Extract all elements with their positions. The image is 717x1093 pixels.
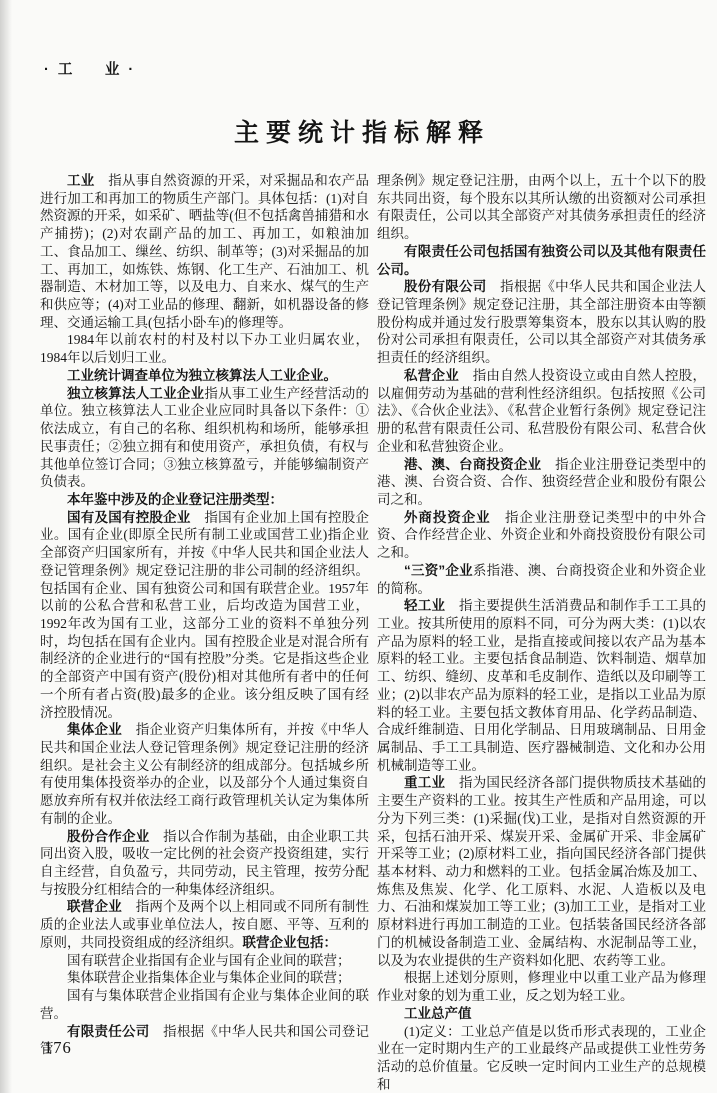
scan-edge-shadow xyxy=(0,0,12,1093)
column-left: 工业 指从事自然资源的开采，对采掘品和农产品进行加工和再加工的物质生产部门。具体… xyxy=(40,172,369,1093)
column-right: 理条例》规定登记注册，由两个以上，五十个以下的股东共同出资，每个股东以其所认缴的… xyxy=(377,172,706,1093)
term-label: 联营企业 xyxy=(67,899,122,914)
definition-paragraph: “三资”企业系指港、澳、台商投资企业和外资企业的简称。 xyxy=(377,562,706,597)
term-label: 有限责任公司 xyxy=(67,1024,149,1039)
paragraph: 理条例》规定登记注册，由两个以上，五十个以下的股东共同出资，每个股东以其所认缴的… xyxy=(377,172,706,243)
paragraph: 集体联营企业指集体企业与集体企业间的联营； xyxy=(40,969,369,987)
definition-paragraph: 股份有限公司 指根据《中华人民共和国企业法人登记管理条例》规定登记注册，其全部注… xyxy=(377,278,706,367)
term-label: 私营企业 xyxy=(404,368,459,383)
definition-paragraph: 有限责任公司 指根据《中华人民共和国公司登记管 xyxy=(40,1023,369,1058)
definition-paragraph: 工业 指从事自然资源的开采，对采掘品和农产品进行加工和再加工的物质生产部门。具体… xyxy=(40,172,369,331)
term-label: 轻工业 xyxy=(404,598,445,613)
term-label: 重工业 xyxy=(404,775,445,790)
paragraph: 国有联营企业指国有企业与国有企业间的联营； xyxy=(40,952,369,970)
inline-bold-text: 联营企业包括： xyxy=(243,935,338,950)
text-columns: 工业 指从事自然资源的开采，对采掘品和农产品进行加工和再加工的物质生产部门。具体… xyxy=(40,172,706,1093)
definition-paragraph: 独立核算法人工业企业指从事工业生产经营活动的单位。独立核算法人工业企业应同时具备… xyxy=(40,385,369,491)
term-label: 工业 xyxy=(67,173,94,188)
page-number: 176 xyxy=(44,1038,72,1058)
definition-paragraph: 私营企业 指由自然人投资设立或由自然人控股，以雇佣劳动为基础的营利性经济组织。包… xyxy=(377,367,706,456)
paragraph: 本年鉴中涉及的企业登记注册类型： xyxy=(40,491,369,509)
paragraph: 工业总产值 xyxy=(377,1005,706,1023)
definition-paragraph: 国有及国有控股企业 指国有企业加上国有控股企业。国有企业(即原全民所有制工业或国… xyxy=(40,509,369,722)
paragraph: (1)定义：工业总产值是以货币形式表现的，工业企业在一定时期内生产的工业最终产品… xyxy=(377,1023,706,1093)
definition-paragraph: 股份合作企业 指以合作制为基础，由企业职工共同出资入股，吸收一定比例的社会资产投… xyxy=(40,828,369,899)
paragraph: 有限责任公司包括国有独资公司以及其他有限责任公司。 xyxy=(377,243,706,278)
definition-paragraph: 重工业 指为国民经济各部门提供物质技术基础的主要生产资料的工业。按其生产性质和产… xyxy=(377,774,706,969)
term-label: 集体企业 xyxy=(67,722,122,737)
definition-paragraph: 外商投资企业 指企业注册登记类型中的中外合资、合作经营企业、外资企业和外商投资股… xyxy=(377,509,706,562)
paragraph: 工业统计调查单位为独立核算法人工业企业。 xyxy=(40,367,369,385)
term-label: 股份合作企业 xyxy=(67,829,149,844)
definition-paragraph: 轻工业 指主要提供生活消费品和制作手工工具的工业。按其所使用的原料不同，可分为两… xyxy=(377,597,706,774)
term-label: 港、澳、台商投资企业 xyxy=(404,457,541,472)
page-title: 主要统计指标解释 xyxy=(0,113,717,149)
definition-paragraph: 集体企业 指企业资产归集体所有，并按《中华人民共和国企业法人登记管理条例》规定登… xyxy=(40,721,369,827)
term-label: 国有及国有控股企业 xyxy=(67,510,191,525)
term-label: 独立核算法人工业企业 xyxy=(67,386,204,401)
paragraph: 国有与集体联营企业指国有企业与集体企业间的联营。 xyxy=(40,987,369,1022)
definition-paragraph: 联营企业 指两个及两个以上相同或不同所有制性质的企业法人或事业单位法人，按自愿、… xyxy=(40,898,369,951)
yearbook-page: ·工 业· 主要统计指标解释 工业 指从事自然资源的开采，对采掘品和农产品进行加… xyxy=(0,0,717,1093)
paragraph: 根据上述划分原则，修理业中以重工业产品为修理作业对象的划为重工业，反之划为轻工业… xyxy=(377,969,706,1004)
term-label: 股份有限公司 xyxy=(404,279,486,294)
paragraph: 1984年以前农村的村及村以下办工业归属农业，1984年以后划归工业。 xyxy=(40,331,369,366)
term-label: “三资”企业 xyxy=(404,563,473,578)
section-header: ·工 业· xyxy=(44,58,142,79)
term-label: 外商投资企业 xyxy=(404,510,491,525)
definition-paragraph: 港、澳、台商投资企业 指企业注册登记类型中的港、澳、台资合资、合作、独资经营企业… xyxy=(377,456,706,509)
